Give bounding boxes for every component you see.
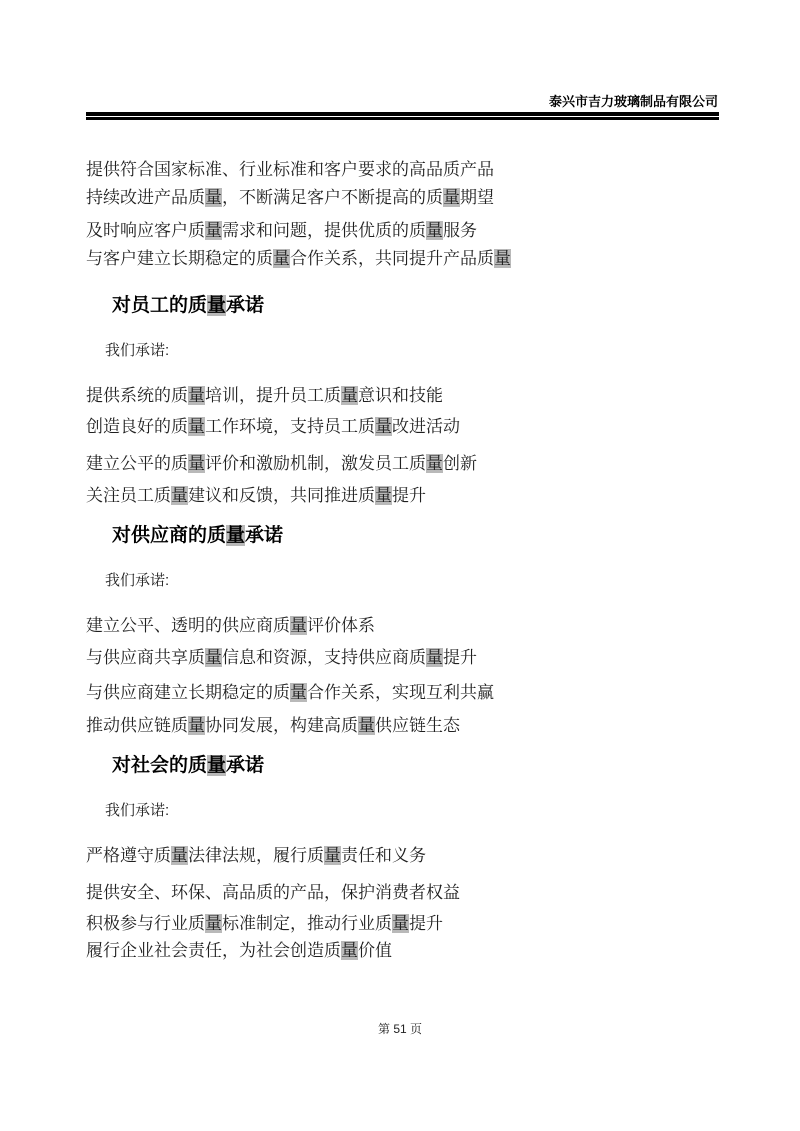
- highlighted-char: 量: [375, 417, 392, 436]
- highlighted-char: 量: [205, 188, 222, 207]
- list-item: 推动供应链质量协同发展，构建高质量供应链生态: [86, 715, 460, 736]
- highlighted-char: 量: [188, 386, 205, 405]
- highlighted-char: 量: [205, 221, 222, 240]
- list-item: 履行企业社会责任，为社会创造质量价值: [86, 940, 392, 961]
- highlighted-char: 量: [358, 716, 375, 735]
- highlighted-char: 量: [290, 683, 307, 702]
- highlighted-char: 量: [207, 755, 226, 776]
- section-lead-society: 我们承诺:: [105, 802, 169, 821]
- highlighted-char: 量: [324, 846, 341, 865]
- header-company-name: 泰兴市吉力玻璃制品有限公司: [549, 94, 718, 110]
- list-item: 与供应商建立长期稳定的质量合作关系，实现互利共赢: [86, 682, 494, 703]
- list-item: 建立公平的质量评价和激励机制，激发员工质量创新: [86, 453, 477, 474]
- highlighted-char: 量: [188, 454, 205, 473]
- section-heading-society: 对社会的质量承诺: [112, 755, 264, 778]
- section-lead-employees: 我们承诺:: [105, 342, 169, 361]
- intro-line: 提供符合国家标准、行业标准和客户要求的高品质产品: [86, 159, 494, 180]
- intro-line: 持续改进产品质量，不断满足客户不断提高的质量期望: [86, 187, 494, 208]
- highlighted-char: 量: [226, 525, 245, 546]
- intro-line: 与客户建立长期稳定的质量合作关系，共同提升产品质量: [86, 248, 511, 269]
- list-item: 与供应商共享质量信息和资源，支持供应商质量提升: [86, 647, 477, 668]
- highlighted-char: 量: [205, 914, 222, 933]
- header-divider: [86, 112, 719, 120]
- document-page: 泰兴市吉力玻璃制品有限公司 提供符合国家标准、行业标准和客户要求的高品质产品 持…: [0, 0, 800, 1131]
- highlighted-char: 量: [392, 914, 409, 933]
- section-heading-suppliers: 对供应商的质量承诺: [112, 525, 283, 548]
- list-item: 建立公平、透明的供应商质量评价体系: [86, 615, 375, 636]
- highlighted-char: 量: [341, 386, 358, 405]
- highlighted-char: 量: [273, 249, 290, 268]
- highlighted-char: 量: [494, 249, 511, 268]
- intro-line: 及时响应客户质量需求和问题，提供优质的质量服务: [86, 220, 477, 241]
- header-divider-thin-line: [86, 117, 719, 120]
- page-number: 第 51 页: [0, 1022, 800, 1038]
- highlighted-char: 量: [426, 648, 443, 667]
- list-item: 严格遵守质量法律法规，履行质量责任和义务: [86, 845, 426, 866]
- list-item: 提供安全、环保、高品质的产品，保护消费者权益: [86, 882, 460, 903]
- highlighted-char: 量: [426, 221, 443, 240]
- section-lead-suppliers: 我们承诺:: [105, 572, 169, 591]
- highlighted-char: 量: [171, 486, 188, 505]
- highlighted-char: 量: [207, 295, 226, 316]
- list-item: 关注员工质量建议和反馈，共同推进质量提升: [86, 485, 426, 506]
- highlighted-char: 量: [188, 417, 205, 436]
- highlighted-char: 量: [205, 648, 222, 667]
- highlighted-char: 量: [341, 941, 358, 960]
- highlighted-char: 量: [426, 454, 443, 473]
- highlighted-char: 量: [290, 616, 307, 635]
- list-item: 积极参与行业质量标准制定，推动行业质量提升: [86, 913, 443, 934]
- highlighted-char: 量: [375, 486, 392, 505]
- list-item: 创造良好的质量工作环境，支持员工质量改进活动: [86, 416, 460, 437]
- list-item: 提供系统的质量培训，提升员工质量意识和技能: [86, 385, 443, 406]
- highlighted-char: 量: [188, 716, 205, 735]
- highlighted-char: 量: [171, 846, 188, 865]
- section-heading-employees: 对员工的质量承诺: [112, 295, 264, 318]
- highlighted-char: 量: [443, 188, 460, 207]
